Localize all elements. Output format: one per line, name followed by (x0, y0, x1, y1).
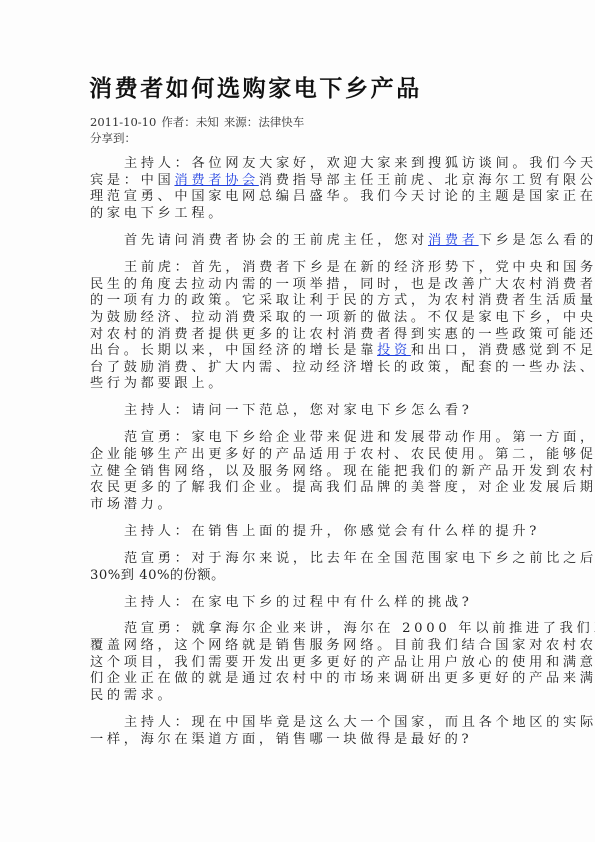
text-line: 理范宣勇、中国家电网总编吕盛华。我们今天讨论的主题是国家正在积极推广 (90, 189, 500, 206)
text-line: 对农村的消费者提供更多的让农村消费者得到实惠的一些政策可能还会陆续的 (90, 327, 500, 344)
text-line: 些行为都要跟上。 (90, 376, 500, 393)
text-line: 30%到 40%的份额。 (90, 568, 500, 585)
text-line: 台了鼓励消费、扩大内需、拉动经济增长的政策，配套的一些办法、配套的一 (90, 360, 500, 377)
text-line: 主持人：在销售上面的提升，你感觉会有什么样的提升? (90, 524, 500, 541)
text-line: 宾是：中国消费者协会消费指导部主任王前虎、北京海尔工贸有限公司副总经 (90, 173, 500, 190)
text-line: 主持人：现在中国毕竟是这么大一个国家，而且各个地区的实际情况还不 (90, 715, 500, 732)
paragraph-question-3: 主持人：在销售上面的提升，你感觉会有什么样的提升? (90, 524, 500, 541)
text-line: 民生的角度去拉动内需的一项举措，同时，也是改善广大农村消费者生活质量 (90, 277, 500, 294)
text-fragment: 宾是：中国 (90, 173, 174, 188)
text-line: 的家电下乡工程。 (90, 206, 500, 223)
text-line: 为鼓励经济、拉动消费采取的一项新的做法。不仅是家电下乡，中央政府还会 (90, 310, 500, 327)
paragraph-question-5: 主持人：现在中国毕竟是这么大一个国家，而且各个地区的实际情况还不 一样，海尔在渠… (90, 715, 500, 748)
paragraph-intro: 主持人：各位网友大家好，欢迎大家来到搜狐访谈间。我们今天请到的嘉 宾是：中国消费… (90, 156, 500, 223)
text-fragment: 和出口，消费感觉到不足。既然出 (411, 343, 595, 358)
article-body: 主持人：各位网友大家好，欢迎大家来到搜狐访谈间。我们今天请到的嘉 宾是：中国消费… (90, 156, 500, 759)
investment-link[interactable]: 投资 (377, 343, 411, 358)
paragraph-answer-1: 王前虎：首先，消费者下乡是在新的经济形势下，党中央和国务院从关注 民生的角度去拉… (90, 260, 500, 393)
paragraph-answer-2: 范宣勇：家电下乡给企业带来促进和发展带动作用。第一方面，能够促进 企业能够生产出… (90, 430, 500, 513)
publish-date: 2011-10-10 (90, 115, 156, 129)
text-line: 主持人：在家电下乡的过程中有什么样的挑战? (90, 595, 500, 612)
consumer-association-link[interactable]: 消费者协会 (174, 173, 258, 188)
consumer-link[interactable]: 消费者 (428, 233, 479, 248)
article-meta: 2011-10-10作者：未知来源：法律快车 (90, 114, 309, 130)
author-label: 作者： (161, 115, 196, 129)
text-line: 的一项有力的政策。它采取让利于民的方式，为农村消费者生活质量的提高、 (90, 293, 500, 310)
text-line: 立健全销售网络，以及服务网络。现在能把我们的新产品开发到农村中去，让 (90, 464, 500, 481)
author-value: 未知 (196, 115, 219, 129)
paragraph-question-4: 主持人：在家电下乡的过程中有什么样的挑战? (90, 595, 500, 612)
text-line: 企业能够生产出更多好的产品适用于农村、农民使用。第二，能够促进企业建 (90, 447, 500, 464)
text-line: 出台。长期以来，中国经济的增长是靠投资和出口，消费感觉到不足。既然出 (90, 343, 500, 360)
text-fragment: 消费指导部主任王前虎、北京海尔工贸有限公司副总经 (259, 173, 595, 188)
share-to-label: 分享到： (90, 130, 136, 146)
paragraph-answer-3: 范宣勇：对于海尔来说，比去年在全国范围家电下乡之前比之后增长了 30%到 40%… (90, 551, 500, 584)
text-line: 农民更多的了解我们企业。提高我们品牌的美誉度，对企业发展后期有很大的 (90, 480, 500, 497)
paragraph-answer-4: 范宣勇：就拿海尔企业来讲，海尔在 2000 年以前推进了我们三四级的农村 覆盖网… (90, 621, 500, 704)
text-line: 范宣勇：就拿海尔企业来讲，海尔在 2000 年以前推进了我们三四级的农村 (90, 621, 500, 638)
paragraph-question-1: 首先请问消费者协会的王前虎主任，您对消费者下乡是怎么看的呢? (90, 233, 500, 250)
text-line: 范宣勇：家电下乡给企业带来促进和发展带动作用。第一方面，能够促进 (90, 430, 500, 447)
text-fragment: 下乡是怎么看的呢? (479, 233, 595, 248)
article-title: 消费者如何选购家电下乡产品 (89, 74, 422, 104)
text-line: 范宣勇：对于海尔来说，比去年在全国范围家电下乡之前比之后增长了 (90, 551, 500, 568)
text-line: 市场潜力。 (90, 497, 500, 514)
text-line: 首先请问消费者协会的王前虎主任，您对消费者下乡是怎么看的呢? (90, 233, 500, 250)
text-fragment: 首先请问消费者协会的王前虎主任，您对 (124, 233, 428, 248)
text-line: 主持人：请问一下范总，您对家电下乡怎么看? (90, 403, 500, 420)
text-fragment: 出台。长期以来，中国经济的增长是靠 (90, 343, 377, 358)
text-line: 这个项目，我们需要开发出更多更好的产品让用户放心的使用和满意。目前我 (90, 655, 500, 672)
text-line: 民的需求。 (90, 688, 500, 705)
text-line: 王前虎：首先，消费者下乡是在新的经济形势下，党中央和国务院从关注 (90, 260, 500, 277)
text-line: 主持人：各位网友大家好，欢迎大家来到搜狐访谈间。我们今天请到的嘉 (90, 156, 500, 173)
source-label: 来源： (224, 115, 259, 129)
source-value: 法律快车 (258, 115, 304, 129)
document-page: 消费者如何选购家电下乡产品 2011-10-10作者：未知来源：法律快车 分享到… (0, 0, 595, 842)
text-line: 们企业正在做的就是通过农村中的市场来调研出更多更好的产品来满足中国农 (90, 671, 500, 688)
text-line: 一样，海尔在渠道方面，销售哪一块做得是最好的? (90, 732, 500, 749)
paragraph-question-2: 主持人：请问一下范总，您对家电下乡怎么看? (90, 403, 500, 420)
text-line: 覆盖网络，这个网络就是销售服务网络。目前我们结合国家对农村农民，加强 (90, 638, 500, 655)
